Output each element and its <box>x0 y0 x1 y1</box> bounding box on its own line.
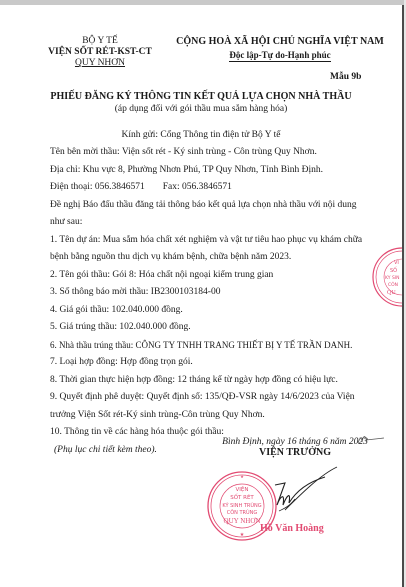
initial-mark-icon <box>356 433 386 447</box>
svg-text:QU: QU <box>387 290 396 296</box>
nation-name: CỘNG HOÀ XÃ HỘI CHỦ NGHĨA VIỆT NAM <box>170 36 390 48</box>
contact-line: Điện thoại: 056.3846571Fax: 056.3846571 <box>50 179 370 197</box>
salutation: Kính gửi: Cổng Thông tin điện tử Bộ Y tế <box>0 130 402 140</box>
svg-text:VIỆN: VIỆN <box>236 485 249 493</box>
issuing-agency-block: BỘ Y TẾ VIỆN SỐT RÉT-KST-CT QUY NHƠN <box>44 36 156 69</box>
list-item: 6. Nhà thầu trúng thầu: CÔNG TY TNHH TRA… <box>50 337 370 355</box>
svg-text:★: ★ <box>240 474 244 479</box>
ministry-name: BỘ Y TẾ <box>44 36 156 47</box>
svg-text:SỐ: SỐ <box>390 266 397 274</box>
document-body: Tên bên mời thầu: Viện sốt rét - Ký sinh… <box>50 144 370 459</box>
list-item: 1. Tên dự án: Mua sắm hóa chất xét nghiệ… <box>50 232 370 267</box>
institute-location: QUY NHƠN <box>44 58 156 69</box>
svg-text:★: ★ <box>240 532 245 538</box>
list-item: 2. Tên gói thầu: Gói 8: Hóa chất nội ngo… <box>50 267 370 285</box>
svg-text:CÔN: CÔN <box>388 281 398 288</box>
svg-text:SỐT RÉT: SỐT RÉT <box>230 493 254 501</box>
national-header-block: CỘNG HOÀ XÃ HỘI CHỦ NGHĨA VIỆT NAM Độc l… <box>170 36 390 62</box>
inviter-line: Tên bên mời thầu: Viện sốt rét - Ký sinh… <box>50 144 370 162</box>
signer-role: VIỆN TRƯỞNG <box>200 447 390 458</box>
phone-text: Điện thoại: 056.3846571 <box>50 182 145 192</box>
svg-text:KY SIN: KY SIN <box>385 275 400 281</box>
request-paragraph: Đề nghị Báo đấu thầu đăng tải thông báo … <box>50 197 370 232</box>
svg-text:VI: VI <box>394 260 399 266</box>
institute-name: VIỆN SỐT RÉT-KST-CT <box>44 47 156 58</box>
list-item: 9. Quyết định phê duyệt: Quyết định số: … <box>50 389 370 424</box>
page-seal-partial-icon: VI SỐ KY SIN CÔN QU <box>368 247 402 307</box>
list-item: 8. Thời gian thực hiện hợp đồng: 12 thán… <box>50 372 370 390</box>
national-motto: Độc lập-Tự do-Hạnh phúc <box>229 50 330 62</box>
document-subtitle: (áp dụng đối với gói thầu mua sắm hàng h… <box>0 104 402 114</box>
list-item: 5. Giá trúng thầu: 102.040.000 đồng. <box>50 319 370 337</box>
fax-text: Fax: 056.3846571 <box>163 182 232 192</box>
address-line: Địa chỉ: Khu vực 8, Phường Nhơn Phú, TP … <box>50 162 370 180</box>
list-item: 4. Giá gói thầu: 102.040.000 đồng. <box>50 302 370 320</box>
form-code: Mẫu 9b <box>330 72 361 82</box>
svg-text:CÔN TRÙNG: CÔN TRÙNG <box>227 509 258 516</box>
viewer-top-border <box>0 0 406 5</box>
list-item: 7. Loại hợp đồng: Hợp đồng trọn gói. <box>50 354 370 372</box>
list-item: 3. Số thông báo mời thầu: IB2300103184-0… <box>50 284 370 302</box>
signer-name: Hồ Văn Hoàng <box>260 523 324 534</box>
handwritten-signature-icon <box>255 465 345 525</box>
document-title: PHIẾU ĐĂNG KÝ THÔNG TIN KẾT QUẢ LỰA CHỌN… <box>0 91 402 102</box>
